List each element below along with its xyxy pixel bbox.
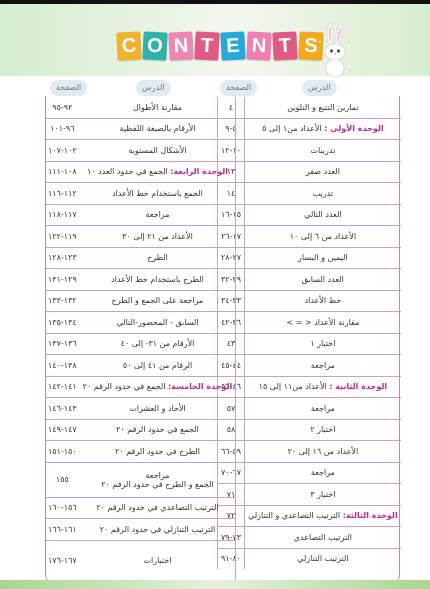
page-number: ١١٩-١٢٢ [45,226,80,248]
toc-row[interactable]: الأرقام من ٣١- إلى ٤٠١٣٦-١٣٧ [45,333,236,355]
toc-row[interactable]: العدد التالي١٥-١٦ [218,204,401,226]
lesson-title: مقارنة الأعداد < = > [286,318,359,327]
contents-title: CONTENTS [117,32,323,60]
lesson-cell: الوحدة الأولى : الأعداد من١ إلى ٥ [245,118,401,140]
page-number: ١٢٩-١٣١ [45,269,80,291]
header-page-left: الصفحة [50,80,87,96]
toc-row[interactable]: تمارين التتبع و التلوين٤ [218,97,401,118]
lesson-cell: اختبار ٢ [245,419,401,441]
toc-row[interactable]: اختبار ٣٧١ [218,484,401,506]
lesson-cell: تدريب [245,183,401,205]
toc-row[interactable]: مراجعة١١٧-١١٨ [45,204,236,226]
lesson-cell: الوحدة الثانية : الأعداد من١١ إلى ١٥ [245,376,401,398]
title-letter: O [142,31,167,60]
lesson-title: الأرقام بالصيغة اللفظية [119,124,195,133]
lesson-title: الترتيب التنازلي في حدود الرقم ٢٠ [100,525,215,534]
lesson-cell: الطرح باستخدام خط الأعداد [80,269,236,291]
lesson-title: تدريبات [310,146,335,155]
lesson-cell: الجمع في حدود الرقم ٢٠ [80,419,236,441]
lesson-title: خط الأعداد [305,296,342,305]
lesson-cell: الأعداد من ٢١ إلى ٣٠ [80,226,236,248]
page-number: ١١٢-١١٦ [45,183,80,205]
lesson-cell: مراجعة [245,398,401,420]
lesson-title: مراجعة [145,210,169,219]
toc-row[interactable]: مراجعة على الجمع و الطرح١٣٢-١٣٣ [45,290,236,312]
toc-row[interactable]: مراجعة٥٧ [218,398,401,420]
lesson-title: الجمع في حدود العدد ١٠ [87,167,168,176]
toc-row[interactable]: الأحاد و العشرات١٤٣-١٤٦ [45,398,236,420]
lesson-cell: الأرقام بالصيغة اللفظية [80,118,236,140]
lesson-title: مراجعة [311,361,335,370]
lesson-cell: مراجعة [245,355,401,377]
page-number: ١٠٨-١١١ [45,161,80,183]
lesson-cell: السابق - المحصور-التالي [80,312,236,334]
lesson-title: الأرقام من ٣١- إلى ٤٠ [121,339,195,348]
header-page-right: الصفحة [220,80,257,96]
lesson-title: العدد السابق [302,275,344,284]
title-letter: E [220,31,245,60]
toc-row[interactable]: العدد صفر١٣ [218,161,401,183]
lesson-cell: العدد السابق [245,269,401,291]
toc-row[interactable]: اختبارات١٦٧-١٧٦ [45,540,236,581]
page-number: ١٣٢-١٣٣ [45,290,80,312]
toc-table-right: تمارين التتبع و التلوين٤الوحدة الأولى : … [217,97,401,569]
lesson-cell: مراجعة [245,462,401,484]
toc-row[interactable]: اليمين و اليسار٢٧-٢٨ [218,247,401,269]
toc-row[interactable]: اختبار ١٤٣ [218,333,401,355]
lesson-cell: تدريبات [245,140,401,162]
contents-banner: CONTENTS [0,4,430,76]
lesson-cell: اختبار ٣ [245,484,401,506]
bottom-band [0,580,430,589]
title-letter: C [116,31,141,60]
lesson-title: مراجعة [145,471,169,480]
toc-row[interactable]: الوحدة الخامسة: الجمع في حدود الرقم ٢٠١٤… [45,376,236,398]
lesson-title: الجمع في حدود الرقم ٢٠ [116,425,199,434]
lesson-cell: مراجعةالجمع و الطرح في حدود الرقم ٢٠ [80,462,236,497]
lesson-cell: الأعداد من ٦ إلى ١٠ [245,226,401,248]
title-letter: T [272,31,297,60]
toc-row[interactable]: الترتيب التصاعدي٧٣-٧٩ [218,527,401,549]
lesson-title: الترتيب التصاعدي و التنازلي [248,511,340,520]
lesson-title: اختبار ١ [310,339,335,348]
title-letter: N [168,31,193,60]
lesson-title: الأعداد من ١٦ إلى ٢٠ [288,447,359,456]
page-number: ١٥٠-١٥١ [45,441,80,463]
toc-row[interactable]: الطرح١٢٣-١٢٨ [45,247,236,269]
toc-row[interactable]: الترتيب التصاعدي في حدود الرقم ٢٠١٥٦-١٦٠ [45,497,236,519]
lesson-title: الأشكال المستوية [128,146,186,155]
lesson-cell: الترتيب التنازلي [245,548,401,569]
toc-row[interactable]: الجمع في حدود الرقم ٢٠١٤٧-١٤٩ [45,419,236,441]
lesson-cell: الطرح في حدود الرقم ٢٠ [80,441,236,463]
lesson-title: مراجعة [311,468,335,477]
lesson-title: الأعداد من١١ إلى ١٥ [259,382,327,391]
lesson-title: العدد التالي [304,210,341,219]
lesson-title: اختبارات [143,556,171,565]
lesson-title: مقارنة الأطوال [133,103,182,112]
toc-row[interactable]: الجمع باستخدام خط الأعداد١١٢-١١٦ [45,183,236,205]
toc-row[interactable]: مراجعةالجمع و الطرح في حدود الرقم ٢٠١٥٥ [45,462,236,497]
unit-label: الوحدة الخامسة: [168,382,232,391]
toc-row[interactable]: مقارنة الأعداد < = >٣٦-٤٢ [218,312,401,334]
page-number: ١٤١-١٤٢ [45,376,80,398]
page-number: ١٣٦-١٣٧ [45,333,80,355]
lesson-title: اختبار ٣ [310,490,335,499]
lesson-cell: اليمين و اليسار [245,247,401,269]
lesson-cell: الترتيب التصاعدي [245,527,401,549]
toc-row[interactable]: الطرح باستخدام خط الأعداد١٢٩-١٣١ [45,269,236,291]
title-letter: N [246,31,271,60]
lesson-title: الطرح باستخدام خط الأعداد [111,275,204,284]
toc-row[interactable]: خط الأعداد٣٣-٣٤ [218,290,401,312]
lesson-title: الطرح [147,253,168,262]
lesson-cell: الطرح [80,247,236,269]
page-number: ١٦١-١٦٦ [45,519,80,541]
toc-row[interactable]: الوحدة الثانية : الأعداد من١١ إلى ١٥٤٦-٥… [218,376,401,398]
lesson-title: الأحاد و العشرات [129,404,186,413]
lesson-cell: مقارنة الأطوال [80,97,236,118]
lesson-title: الترتيب التصاعدي [294,533,352,542]
page-number: ٩٦-١٠١ [45,118,80,140]
unit-label: الوحدة الأولى : [324,124,383,133]
lesson-cell: الأرقام من ٣١- إلى ٤٠ [80,333,236,355]
lesson-title: الجمع في حدود الرقم ٢٠ [83,382,166,391]
bunny-icon [318,22,352,78]
lesson-title: الجمع باستخدام خط الأعداد [112,189,203,198]
lesson-title: الطرح في حدود الرقم ٢٠ [115,447,200,456]
title-letter: T [194,31,219,60]
toc-row[interactable]: الترتيب التنازلي٨٠-٩١ [218,548,401,569]
toc-row[interactable]: السابق - المحصور-التالي١٣٤-١٣٥ [45,312,236,334]
lesson-title: الرقام من ٤١ إلى ٥٠ [123,361,192,370]
lesson-subtitle: الجمع و الطرح في حدود الرقم ٢٠ [101,480,214,489]
toc-row[interactable]: الطرح في حدود الرقم ٢٠١٥٠-١٥١ [45,441,236,463]
page-number: ١٥٥ [45,462,80,497]
toc-row[interactable]: الوحدة الأولى : الأعداد من١ إلى ٥٥-٩ [218,118,401,140]
lesson-cell: مراجعة [80,204,236,226]
lesson-cell: الأحاد و العشرات [80,398,236,420]
unit-label: الوحدة الرابعة: [170,167,228,176]
toc-row[interactable]: الرقام من ٤١ إلى ٥٠١٣٨-١٤٠ [45,355,236,377]
page-number: ١١٧-١١٨ [45,204,80,226]
page-number: ١٣٨-١٤٠ [45,355,80,377]
toc-row[interactable]: الأشكال المستوية١٠٢-١٠٧ [45,140,236,162]
lesson-title: اليمين و اليسار [298,253,348,262]
page-number: ١٣٤-١٣٥ [45,312,80,334]
lesson-cell: العدد التالي [245,204,401,226]
header-lesson-right: الدرس [302,80,337,96]
lesson-cell: الرقام من ٤١ إلى ٥٠ [80,355,236,377]
toc-row[interactable]: الوحدة الرابعة: الجمع في حدود العدد ١٠١٠… [45,161,236,183]
lesson-cell: مراجعة على الجمع و الطرح [80,290,236,312]
lesson-cell: الأشكال المستوية [80,140,236,162]
page-number: ١٠٢-١٠٧ [45,140,80,162]
toc-row[interactable]: الأعداد من ٦ إلى ١٠١٧-٢٦ [218,226,401,248]
lesson-cell: الترتيب التنازلي في حدود الرقم ٢٠ [80,519,236,541]
lesson-cell: اختبار ١ [245,333,401,355]
toc-row[interactable]: مراجعة٤٤-٤٥ [218,355,401,377]
lesson-cell: خط الأعداد [245,290,401,312]
unit-label: الوحدة الثانية : [329,382,387,391]
toc-row[interactable]: تدريب١٤ [218,183,401,205]
page-number: ١٥٦-١٦٠ [45,497,80,519]
lesson-cell: مقارنة الأعداد < = > [245,312,401,334]
unit-label: الوحدة الثالثة: [343,511,398,520]
lesson-title: الأعداد من ٢١ إلى ٣٠ [122,232,193,241]
lesson-title: تمارين التتبع و التلوين [287,103,358,112]
page-number: ٩٢-٩٥ [45,97,80,118]
page-number: ١٢٣-١٢٨ [45,247,80,269]
page-number: ١٦٧-١٧٦ [45,540,80,581]
lesson-title: العدد صفر [306,167,340,176]
lesson-title: مراجعة [311,404,335,413]
lesson-title: السابق - المحصور-التالي [116,318,198,327]
lesson-cell: تمارين التتبع و التلوين [245,97,401,118]
lesson-cell: اختبارات [80,540,236,581]
lesson-cell: الترتيب التصاعدي في حدود الرقم ٢٠ [80,497,236,519]
toc-row[interactable]: الوحدة الثالثة: الترتيب التصاعدي و التنا… [218,505,401,527]
lesson-cell: الوحدة الرابعة: الجمع في حدود العدد ١٠ [80,161,236,183]
lesson-title: مراجعة على الجمع و الطرح [112,296,204,305]
lesson-title: الأعداد من١ إلى ٥ [262,124,321,133]
lesson-title: الترتيب التصاعدي في حدود الرقم ٢٠ [96,503,218,512]
toc-table-left: مقارنة الأطوال٩٢-٩٥الأرقام بالصيغة اللفظ… [45,97,236,581]
toc-row[interactable]: الترتيب التنازلي في حدود الرقم ٢٠١٦١-١٦٦ [45,519,236,541]
toc-row[interactable]: الأعداد من ١٦ إلى ٢٠٥٩-٦٦ [218,441,401,463]
lesson-cell: الوحدة الثالثة: الترتيب التصاعدي و التنا… [245,505,401,527]
header-lesson-left: الدرس [136,80,171,96]
lesson-cell: العدد صفر [245,161,401,183]
lesson-cell: الوحدة الخامسة: الجمع في حدود الرقم ٢٠ [80,376,236,398]
toc-row[interactable]: اختبار ٢٥٨ [218,419,401,441]
lesson-title: الترتيب التنازلي [297,554,348,563]
toc-row[interactable]: العدد السابق٢٩-٣٢ [218,269,401,291]
toc-row[interactable]: الأرقام بالصيغة اللفظية٩٦-١٠١ [45,118,236,140]
lesson-cell: الأعداد من ١٦ إلى ٢٠ [245,441,401,463]
page-number: ١٤٧-١٤٩ [45,419,80,441]
lesson-title: تدريب [313,189,333,198]
lesson-title: الأعداد من ٦ إلى ١٠ [290,232,356,241]
toc-row[interactable]: الأعداد من ٢١ إلى ٣٠١١٩-١٢٢ [45,226,236,248]
lesson-title: اختبار ٢ [310,425,335,434]
toc-row[interactable]: مراجعة٦٧-٧٠ [218,462,401,484]
toc-row[interactable]: مقارنة الأطوال٩٢-٩٥ [45,97,236,118]
lesson-cell: الجمع باستخدام خط الأعداد [80,183,236,205]
page-number: ١٤٣-١٤٦ [45,398,80,420]
toc-row[interactable]: تدريبات١٠-١٢ [218,140,401,162]
